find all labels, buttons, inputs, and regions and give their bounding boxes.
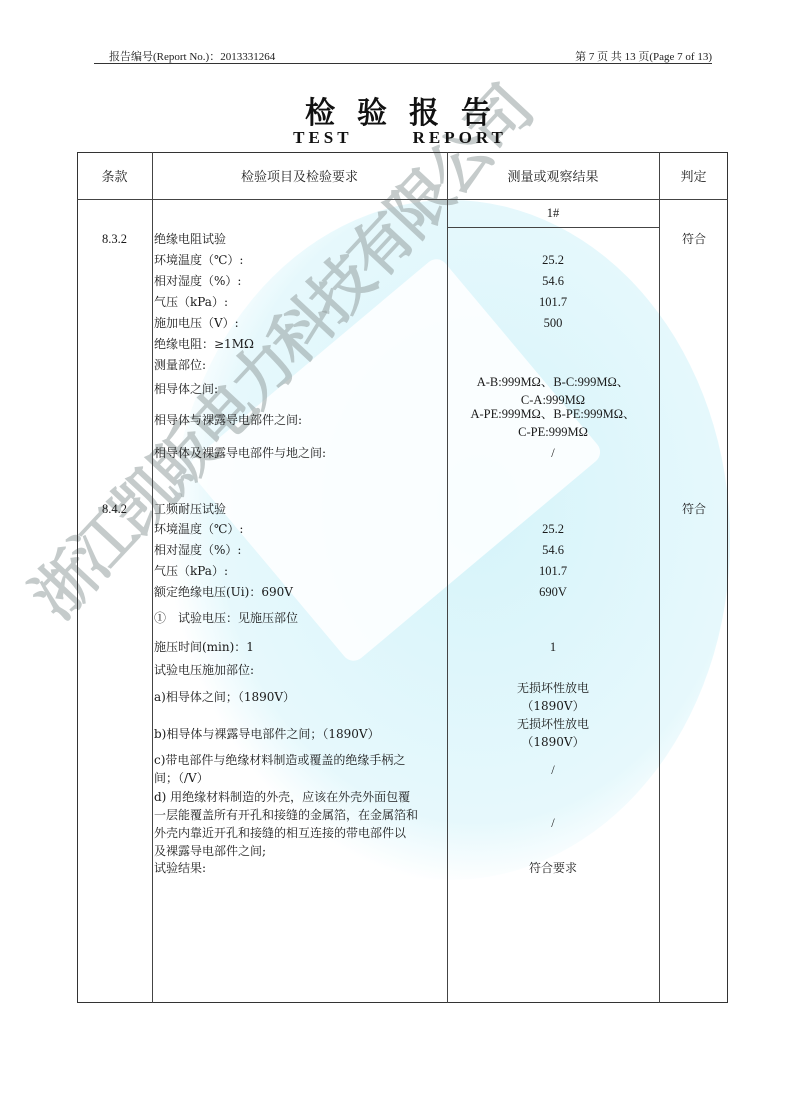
requirement-item-line: d) 用绝缘材料制造的外壳，应该在外壳外面包覆	[154, 788, 418, 806]
requirement-item: b)相导体与裸露导电部件之间；（1890V）	[154, 725, 380, 743]
result-value: 101.7	[447, 562, 659, 580]
requirement-item: 环境温度（℃）:	[154, 251, 243, 269]
requirement-item: 气压（kPa）:	[154, 293, 228, 311]
requirement-item: 相导体之间:	[154, 380, 218, 398]
result-value-line: C-PE:999MΩ	[447, 423, 659, 441]
requirement-item: 施压时间(min)：1	[154, 638, 254, 656]
requirement-item: a)相导体之间；（1890V）	[154, 688, 295, 706]
result-value: 54.6	[447, 272, 659, 290]
result-value: 101.7	[447, 293, 659, 311]
header-clause: 条款	[77, 152, 152, 199]
result-value: 无损坏性放电（1890V）	[447, 679, 659, 715]
clause-number: 8.3.2	[77, 230, 152, 248]
requirement-item: 试验电压施加部位:	[154, 661, 254, 679]
sample-row-divider	[447, 227, 659, 228]
result-value-line: A-B:999MΩ、B-C:999MΩ、	[447, 373, 659, 391]
header-verdict: 判定	[659, 152, 728, 199]
header-row-divider	[77, 199, 728, 200]
requirement-item: 环境温度（℃）:	[154, 520, 243, 538]
result-value: /	[447, 761, 659, 779]
result-value: 25.2	[447, 251, 659, 269]
requirement-item: 试验结果:	[154, 859, 206, 877]
requirement-item-line: 间；（/V）	[154, 769, 405, 787]
requirement-item: 相导体及裸露导电部件与地之间:	[154, 444, 326, 462]
result-value: /	[447, 814, 659, 832]
requirement-item: 施加电压（V）:	[154, 314, 239, 332]
document-title-en: TESTREPORT	[0, 128, 800, 148]
requirement-item: 测量部位:	[154, 356, 206, 374]
result-value: 690V	[447, 583, 659, 601]
requirement-item: 绝缘电阻：≥1MΩ	[154, 335, 254, 353]
clause-number: 8.4.2	[77, 500, 152, 518]
result-value: A-PE:999MΩ、B-PE:999MΩ、C-PE:999MΩ	[447, 405, 659, 441]
requirement-item: 气压（kPa）:	[154, 562, 228, 580]
document-title-cn: 检验报告	[0, 88, 800, 132]
title-en-test: TEST	[293, 128, 352, 147]
report-number-label: 报告编号(Report No.)：	[109, 51, 220, 63]
requirement-item: d) 用绝缘材料制造的外壳，应该在外壳外面包覆一层能覆盖所有开孔和接缝的金属箔，…	[154, 788, 418, 860]
header-result: 测量或观察结果	[447, 152, 659, 199]
requirement-item: 相对湿度（%）:	[154, 541, 241, 559]
report-number: 报告编号(Report No.)：2013331264	[109, 48, 275, 64]
requirement-item: c)带电部件与绝缘材料制造或覆盖的绝缘手柄之间；（/V）	[154, 751, 405, 787]
requirement-item-line: c)带电部件与绝缘材料制造或覆盖的绝缘手柄之	[154, 751, 405, 769]
requirement-item-line: 一层能覆盖所有开孔和接缝的金属箔，在金属箔和	[154, 806, 418, 824]
column-divider	[152, 152, 153, 1003]
requirement-item: ① 试验电压：见施压部位	[154, 609, 298, 627]
result-value-line: 无损坏性放电	[447, 679, 659, 697]
sample-label: 1#	[447, 204, 659, 222]
result-value: 54.6	[447, 541, 659, 559]
requirement-item: 额定绝缘电压(Ui)：690V	[154, 583, 293, 601]
result-value: 500	[447, 314, 659, 332]
page-info: 第 7 页 共 13 页(Page 7 of 13)	[575, 48, 712, 64]
requirement-item: 相导体与裸露导电部件之间:	[154, 411, 302, 429]
requirement-item: 工频耐压试验	[154, 500, 226, 518]
result-value-line: （1890V）	[447, 733, 659, 751]
result-value-line: （1890V）	[447, 697, 659, 715]
requirement-item-line: 及裸露导电部件之间;	[154, 842, 418, 860]
result-value-line: A-PE:999MΩ、B-PE:999MΩ、	[447, 405, 659, 423]
title-en-report: REPORT	[413, 128, 507, 147]
requirement-item: 相对湿度（%）:	[154, 272, 241, 290]
verdict: 符合	[660, 500, 728, 518]
header-requirement: 检验项目及检验要求	[152, 152, 447, 199]
requirement-item-line: 外壳内靠近开孔和接缝的相互连接的带电部件以	[154, 824, 418, 842]
header-divider	[94, 63, 712, 64]
result-value: 符合要求	[447, 859, 659, 877]
result-value-line: 无损坏性放电	[447, 715, 659, 733]
result-value: A-B:999MΩ、B-C:999MΩ、C-A:999MΩ	[447, 373, 659, 409]
result-value: 无损坏性放电（1890V）	[447, 715, 659, 751]
result-value: 1	[447, 638, 659, 656]
verdict: 符合	[660, 230, 728, 248]
requirement-item: 绝缘电阻试验	[154, 230, 226, 248]
result-value: 25.2	[447, 520, 659, 538]
column-divider	[659, 152, 660, 1003]
report-number-value: 2013331264	[220, 51, 275, 63]
result-value: /	[447, 444, 659, 462]
